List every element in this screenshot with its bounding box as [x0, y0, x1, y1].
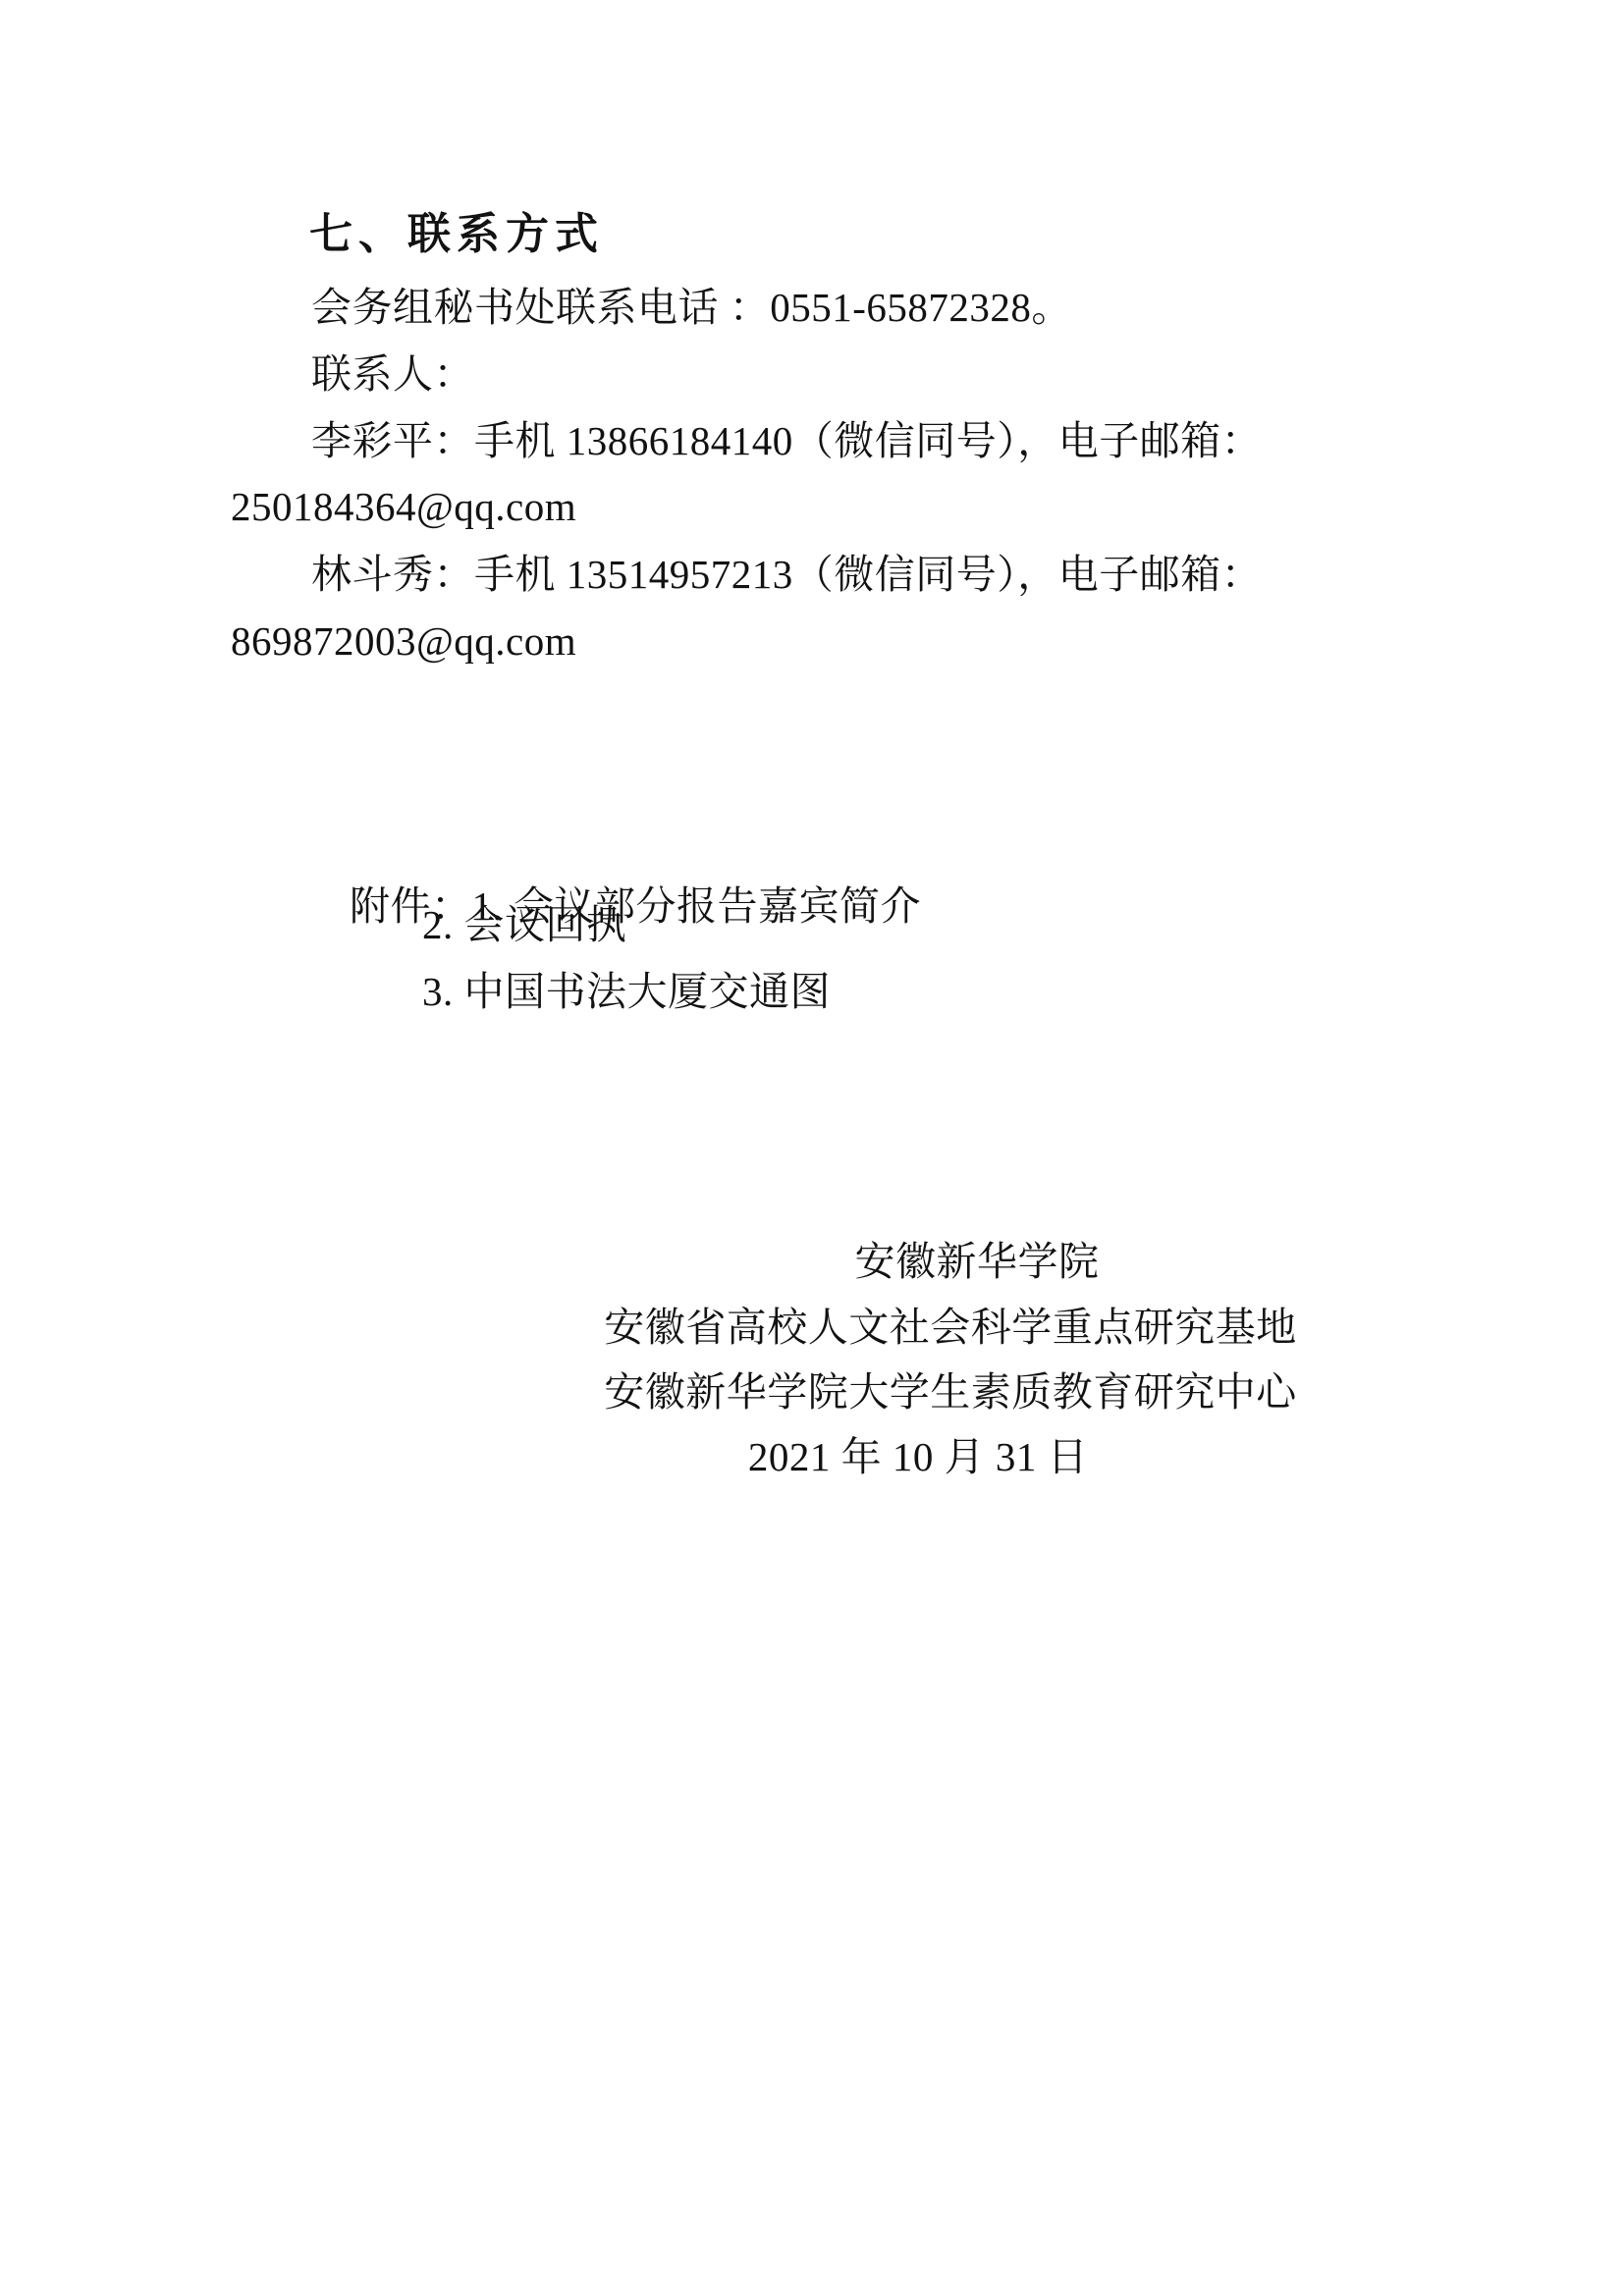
signature-date: 2021 年 10 月 31 日 — [748, 1433, 1088, 1481]
attachment-item-3: 3. 中国书法大厦交通图 — [422, 968, 831, 1016]
signature-org-line-1: 安徽新华学院 — [855, 1238, 1100, 1286]
contact-1-email: 250184364@qq.com — [231, 483, 576, 531]
section-heading: 七、联系方式 — [309, 209, 604, 261]
contact-2-email: 869872003@qq.com — [231, 617, 576, 666]
contact-1-line: 李彩平：手机 13866184140（微信同号），电子邮箱： — [311, 417, 1262, 465]
attachment-item-2: 2. 会议回执 — [422, 901, 627, 949]
document-page: 七、联系方式 会务组秘书处联系电话 ：0551-65872328。 联系人： 李… — [0, 0, 1624, 2296]
signature-org-line-2: 安徽省高校人文社会科学重点研究基地 — [604, 1304, 1297, 1352]
contacts-label: 联系人： — [311, 350, 474, 399]
signature-org-line-3: 安徽新华学院大学生素质教育研究中心 — [604, 1368, 1297, 1416]
contact-2-line: 林斗秀：手机 13514957213（微信同号），电子邮箱： — [311, 551, 1262, 599]
secretariat-phone-line: 会务组秘书处联系电话 ：0551-65872328。 — [311, 284, 1072, 332]
